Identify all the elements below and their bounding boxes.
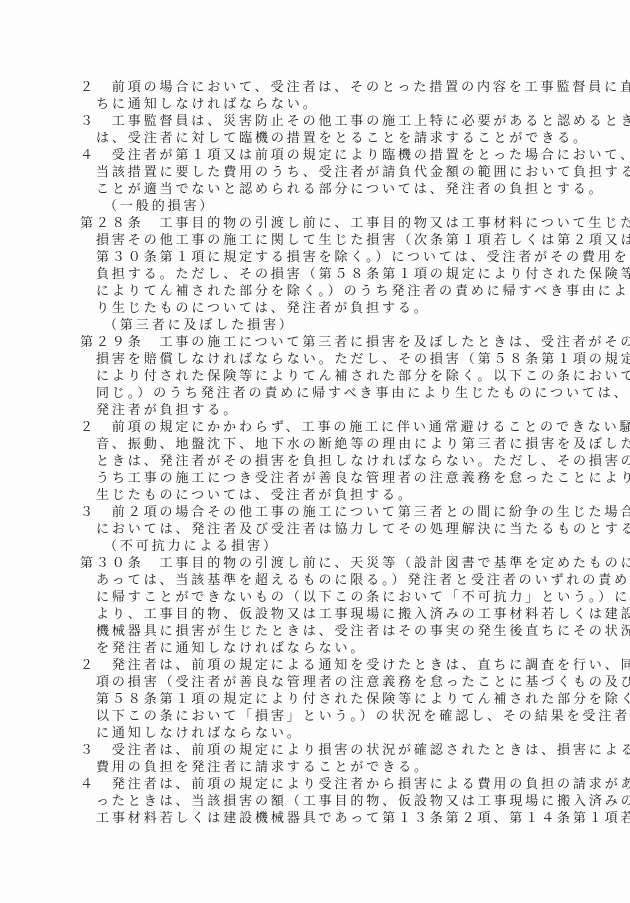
text-line: 損害を賠償しなければならない。ただし、その損害（第５８条第１項の規定: [80, 351, 552, 368]
article-caption: （第三者に及ぼした損害）: [80, 317, 552, 334]
text-line: ったときは、当該損害の額（工事目的物、仮設物又は工事現場に搬入済みの: [80, 793, 552, 810]
text-line: ことが適当でないと認められる部分については、発注者の負担とする。: [80, 181, 552, 198]
text-line: うち工事の施工につき受注者が善良な管理者の注意義務を怠ったことにより: [80, 470, 552, 487]
text-line: 項の損害（受注者が善良な管理者の注意義務を怠ったことに基づくもの及び: [80, 674, 552, 691]
text-line: 損害その他工事の施工に関して生じた損害（次条第１項若しくは第２項又は: [80, 232, 552, 249]
text-line: ２ 前項の場合において、受注者は、そのとった措置の内容を工事監督員に直: [80, 79, 552, 96]
article-caption: （不可抗力による損害）: [80, 538, 552, 555]
text-line: ３ 前２項の場合その他工事の施工について第三者との間に紛争の生じた場合: [80, 504, 552, 521]
text-line: 第５８条第１項の規定により付された保険等によりてん補された部分を除く。: [80, 691, 552, 708]
text-line: 以下この条において「損害」という。）の状況を確認し、その結果を受注者: [80, 708, 552, 725]
text-line: ３ 工事監督員は、災害防止その他工事の施工上特に必要があると認めるとき: [80, 113, 552, 130]
text-line: あっては、当該基準を超えるものに限る。）発注者と受注者のいずれの責め: [80, 572, 552, 589]
text-line: ２ 前項の規定にかかわらず、工事の施工に伴い通常避けることのできない騒: [80, 419, 552, 436]
document-page: ２ 前項の場合において、受注者は、そのとった措置の内容を工事監督員に直ちに通知し…: [80, 79, 552, 827]
text-line: ちに通知しなければならない。: [80, 96, 552, 113]
text-line: り生じたものについては、発注者が負担する。: [80, 300, 552, 317]
text-line: 第２９条 工事の施工について第三者に損害を及ぼしたときは、受注者がその: [80, 334, 552, 351]
text-line: より、工事目的物、仮設物又は工事現場に搬入済みの工事材料若しくは建設: [80, 606, 552, 623]
text-line: によりてん補された部分を除く。）のうち発注者の責めに帰すべき事由によ: [80, 283, 552, 300]
text-line: ときは、発注者がその損害を負担しなければならない。ただし、その損害の: [80, 453, 552, 470]
text-line: 第３０条第１項に規定する損害を除く。）については、受注者がその費用を: [80, 249, 552, 266]
text-line: ２ 発注者は、前項の規定による通知を受けたときは、直ちに調査を行い、同: [80, 657, 552, 674]
text-line: 発注者が負担する。: [80, 402, 552, 419]
text-line: 同じ。）のうち発注者の責めに帰すべき事由により生じたものについては、: [80, 385, 552, 402]
text-line: 費用の負担を発注者に請求することができる。: [80, 759, 552, 776]
text-line: 第３０条 工事目的物の引渡し前に、天災等（設計図書で基準を定めたものに: [80, 555, 552, 572]
text-line: に通知しなければならない。: [80, 725, 552, 742]
text-line: に帰すことができないもの（以下この条において「不可抗力」という。）に: [80, 589, 552, 606]
text-line: ３ 受注者は、前項の規定により損害の状況が確認されたときは、損害による: [80, 742, 552, 759]
text-line: においては、発注者及び受注者は協力してその処理解決に当たるものとする。: [80, 521, 552, 538]
text-line: 当該措置に要した費用のうち、受注者が請負代金額の範囲において負担する: [80, 164, 552, 181]
text-line: 音、振動、地盤沈下、地下水の断絶等の理由により第三者に損害を及ぼした: [80, 436, 552, 453]
text-line: 第２８条 工事目的物の引渡し前に、工事目的物又は工事材料について生じた: [80, 215, 552, 232]
text-line: 負担する。ただし、その損害（第５８条第１項の規定により付された保険等: [80, 266, 552, 283]
text-line: 生じたものについては、受注者が負担する。: [80, 487, 552, 504]
text-line: ４ 受注者が第１項又は前項の規定により臨機の措置をとった場合において、: [80, 147, 552, 164]
text-line: 機械器具に損害が生じたときは、受注者はその事実の発生後直ちにその状況: [80, 623, 552, 640]
text-line: は、受注者に対して臨機の措置をとることを請求することができる。: [80, 130, 552, 147]
article-caption: （一般的損害）: [80, 198, 552, 215]
text-line: を発注者に通知しなければならない。: [80, 640, 552, 657]
text-line: 工事材料若しくは建設機械器具であって第１３条第２項、第１４条第１項若: [80, 810, 552, 827]
text-line: ４ 発注者は、前項の規定により受注者から損害による費用の負担の請求があ: [80, 776, 552, 793]
text-line: により付された保険等によりてん補された部分を除く。以下この条において: [80, 368, 552, 385]
